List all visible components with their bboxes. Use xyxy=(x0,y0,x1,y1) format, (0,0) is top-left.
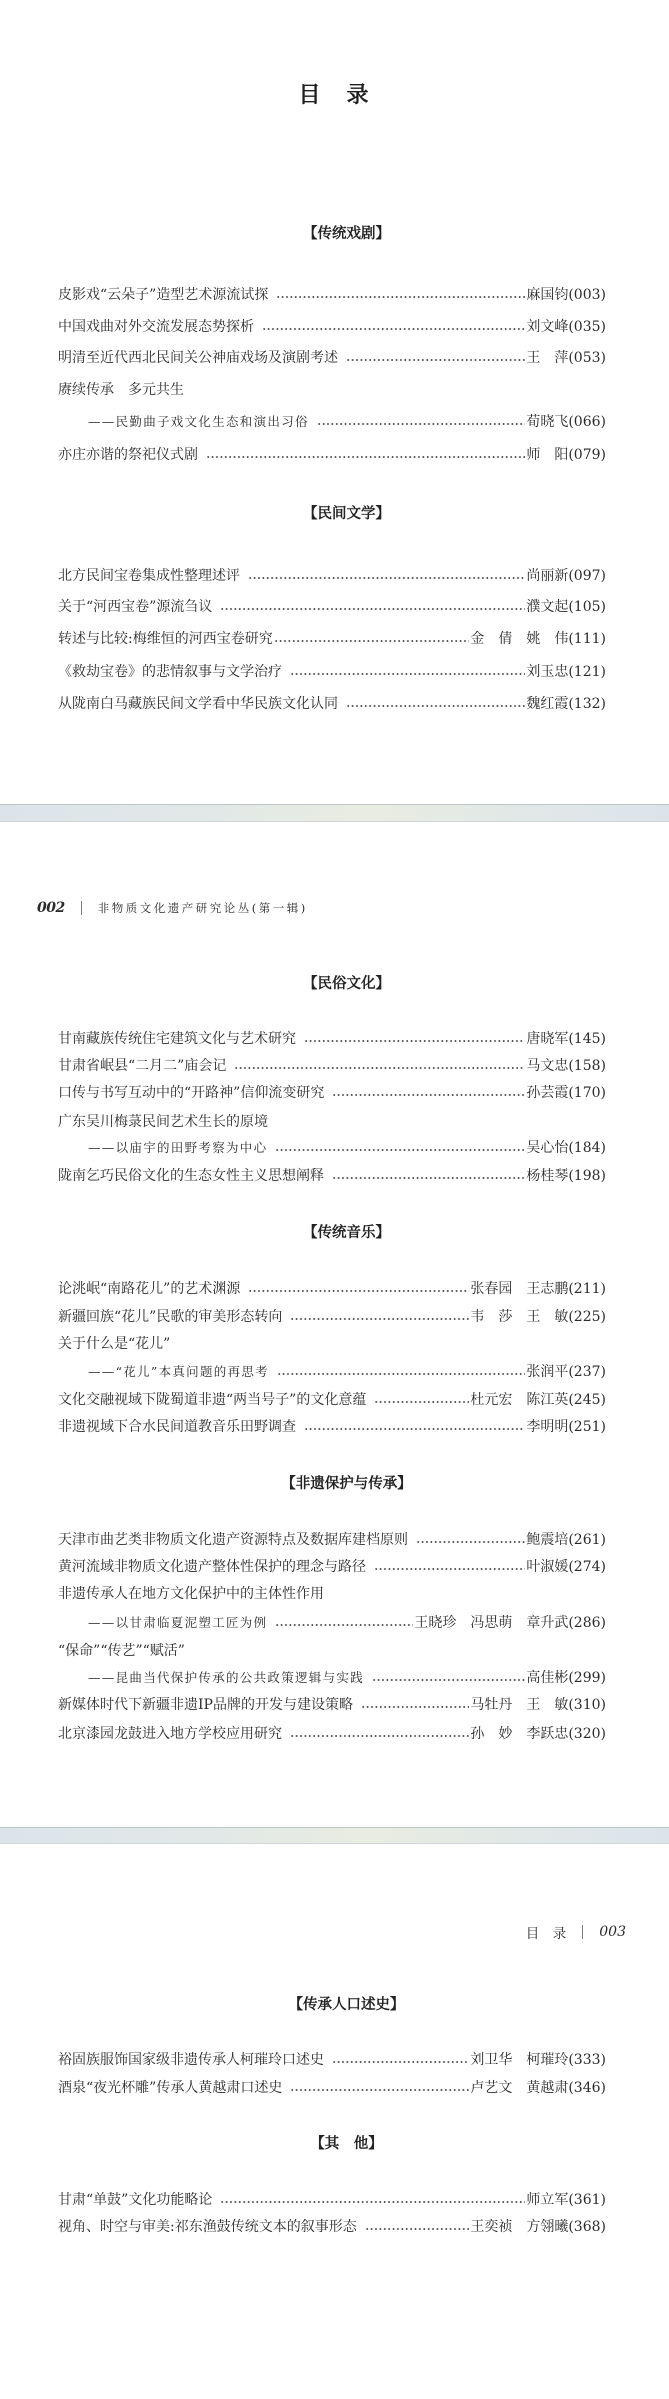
entry-title: 甘肃“单鼓”文化功能略论 xyxy=(58,2192,212,2208)
entry-title: 口传与书写互动中的“开路神”信仰流变研究 xyxy=(58,1085,324,1101)
entry-page: (299) xyxy=(568,1670,606,1686)
entry-authors: 杨桂琴 xyxy=(526,1168,568,1184)
entry-authors: 叶淑媛 xyxy=(526,1559,568,1575)
entry-page: (121) xyxy=(568,664,606,680)
entry-title: 北方民间宝卷集成性整理述评 xyxy=(58,568,240,584)
entry-authors: 魏红霞 xyxy=(526,696,568,712)
entry-title: 酒泉“夜光杯雕”传承人黄越肃口述史 xyxy=(58,2080,282,2096)
toc-entry[interactable]: 新媒体时代下新疆非遗IP品牌的开发与建设策略 马牡丹 王 敏 (310) xyxy=(58,1697,606,1713)
entry-page: (170) xyxy=(568,1085,606,1101)
entry-subtitle: ——以庙宇的田野考察为中心 xyxy=(88,1140,267,1156)
entry-title: 从陇南白马藏族民间文学看中华民族文化认同 xyxy=(58,696,338,712)
entry-page: (158) xyxy=(568,1058,606,1074)
dot-leader xyxy=(304,1031,525,1047)
toc-entry-title-line[interactable]: “保命”“传艺”“赋活” xyxy=(58,1643,606,1659)
entry-page: (053) xyxy=(568,350,606,366)
section-heading-folk-literature: 【民间文学】 xyxy=(12,505,669,523)
header-divider xyxy=(81,901,82,915)
entry-title: 甘南藏族传统住宅建筑文化与艺术研究 xyxy=(58,1031,296,1047)
entry-authors: 唐晓军 xyxy=(526,1031,568,1047)
section-heading-oral-history: 【传承人口述史】 xyxy=(12,1996,669,2014)
toc-entry[interactable]: 转述与比较:梅维恒的河西宝卷研究 金 倩 姚 伟 (111) xyxy=(58,631,606,647)
entry-title: 皮影戏“云朵子”造型艺术源流试探 xyxy=(58,287,268,303)
entry-authors: 濮文起 xyxy=(526,599,568,615)
entry-title: “保命”“传艺”“赋活” xyxy=(58,1643,185,1659)
entry-subtitle: ——昆曲当代保护传承的公共政策逻辑与实践 xyxy=(88,1670,364,1686)
entry-subtitle: ——“花儿”本真问题的再思考 xyxy=(88,1364,269,1380)
toc-entry[interactable]: 裕固族服饰国家级非遗传承人柯璀玲口述史 刘卫华 柯璀玲 (333) xyxy=(58,2052,606,2068)
entry-title: 裕固族服饰国家级非遗传承人柯璀玲口述史 xyxy=(58,2052,324,2068)
entry-authors: 马文忠 xyxy=(526,1058,568,1074)
entry-authors: 刘卫华 柯璀玲 xyxy=(470,2052,568,2068)
entry-authors: 孙芸霞 xyxy=(526,1085,568,1101)
running-title: 非物质文化遗产研究论丛(第一辑) xyxy=(98,900,308,916)
dot-leader xyxy=(274,631,470,647)
entry-page: (251) xyxy=(568,1419,606,1435)
page-toc-3: 目 录 003 【传承人口述史】 裕固族服饰国家级非遗传承人柯璀玲口述史 刘卫华… xyxy=(0,1844,669,2399)
toc-entry[interactable]: 新疆回族“花儿”民歌的审美形态转向 韦 莎 王 敏 (225) xyxy=(58,1309,606,1325)
page-number: 002 xyxy=(37,900,65,916)
entry-title: 转述与比较:梅维恒的河西宝卷研究 xyxy=(58,631,273,647)
dot-leader xyxy=(290,1726,469,1742)
toc-entry[interactable]: 北京漆园龙鼓进入地方学校应用研究 孙 妙 李跃忠 (320) xyxy=(58,1726,606,1742)
entry-title: 非遗视域下合水民间道教音乐田野调查 xyxy=(58,1419,296,1435)
entry-authors: 李明明 xyxy=(526,1419,568,1435)
toc-entry[interactable]: 酒泉“夜光杯雕”传承人黄越肃口述史 卢艺文 黄越肃 (346) xyxy=(58,2080,606,2096)
toc-entry[interactable]: 关于“河西宝卷”源流刍议 濮文起 (105) xyxy=(58,599,606,615)
dot-leader xyxy=(372,1670,525,1686)
toc-entry[interactable]: 皮影戏“云朵子”造型艺术源流试探 麻国钧 (003) xyxy=(58,287,606,303)
dot-leader xyxy=(248,1281,469,1297)
entry-authors: 王 萍 xyxy=(526,350,568,366)
page-toc-1: 目 录 【传统戏剧】 皮影戏“云朵子”造型艺术源流试探 麻国钧 (003) 中国… xyxy=(0,0,669,804)
page-separator xyxy=(0,804,669,822)
dot-leader xyxy=(304,1419,525,1435)
entry-authors: 张润平 xyxy=(526,1364,568,1380)
toc-entry-subtitle-line[interactable]: ——以庙宇的田野考察为中心 吴心怡 (184) xyxy=(58,1140,606,1156)
page-title: 目 录 xyxy=(0,82,669,108)
entry-authors: 尚丽新 xyxy=(526,568,568,584)
toc-entry[interactable]: 中国戏曲对外交流发展态势探析 刘文峰 (035) xyxy=(58,319,606,335)
entry-page: (225) xyxy=(568,1309,606,1325)
entry-page: (245) xyxy=(568,1392,606,1408)
running-header: 目 录 003 xyxy=(526,1924,626,1940)
toc-entry[interactable]: 从陇南白马藏族民间文学看中华民族文化认同 魏红霞 (132) xyxy=(58,696,606,712)
entry-title: 中国戏曲对外交流发展态势探析 xyxy=(58,319,254,335)
entry-authors: 孙 妙 李跃忠 xyxy=(470,1726,568,1742)
dot-leader xyxy=(346,696,525,712)
dot-leader xyxy=(374,1559,525,1575)
entry-title: 视角、时空与审美:祁东渔鼓传统文本的叙事形态 xyxy=(58,2219,357,2235)
header-divider xyxy=(582,1925,583,1939)
dot-leader xyxy=(290,2080,469,2096)
entry-page: (286) xyxy=(568,1615,606,1631)
entry-authors: 吴心怡 xyxy=(526,1140,568,1156)
document-viewer: 目 录 【传统戏剧】 皮影戏“云朵子”造型艺术源流试探 麻国钧 (003) 中国… xyxy=(0,0,669,2399)
entry-authors: 高佳彬 xyxy=(526,1670,568,1686)
page-number: 003 xyxy=(599,1924,626,1940)
toc-entry[interactable]: 口传与书写互动中的“开路神”信仰流变研究 孙芸霞 (170) xyxy=(58,1085,606,1101)
entry-page: (361) xyxy=(568,2192,606,2208)
entry-page: (198) xyxy=(568,1168,606,1184)
entry-page: (237) xyxy=(568,1364,606,1380)
toc-entry-subtitle-line[interactable]: ——昆曲当代保护传承的公共政策逻辑与实践 高佳彬 (299) xyxy=(58,1670,606,1686)
dot-leader xyxy=(332,1168,525,1184)
toc-entry-subtitle-line[interactable]: ——以甘肃临夏泥塑工匠为例 王晓珍 冯思萌 章升武 (286) xyxy=(58,1615,606,1631)
entry-page: (111) xyxy=(568,631,606,647)
entry-authors: 刘玉忠 xyxy=(526,664,568,680)
entry-page: (003) xyxy=(568,287,606,303)
toc-entry[interactable]: 非遗视域下合水民间道教音乐田野调查 李明明 (251) xyxy=(58,1419,606,1435)
dot-leader xyxy=(220,2192,525,2208)
toc-entry[interactable]: 明清至近代西北民间关公神庙戏场及演剧考述 王 萍 (053) xyxy=(58,350,606,366)
entry-page: (105) xyxy=(568,599,606,615)
entry-subtitle: ——民勤曲子戏文化生态和演出习俗 xyxy=(88,414,309,430)
entry-title: 关于“河西宝卷”源流刍议 xyxy=(58,599,212,615)
entry-page: (035) xyxy=(568,319,606,335)
dot-leader xyxy=(277,1364,525,1380)
entry-title: 亦庄亦谐的祭祀仪式剧 xyxy=(58,447,198,463)
dot-leader xyxy=(220,599,525,615)
entry-authors: 韦 莎 王 敏 xyxy=(470,1309,568,1325)
entry-page: (274) xyxy=(568,1559,606,1575)
toc-entry-subtitle-line[interactable]: ——“花儿”本真问题的再思考 张润平 (237) xyxy=(58,1364,606,1380)
running-header: 002 非物质文化遗产研究论丛(第一辑) xyxy=(37,900,308,916)
entry-title: 赓续传承 多元共生 xyxy=(58,382,184,398)
entry-page: (132) xyxy=(568,696,606,712)
entry-page: (346) xyxy=(568,2080,606,2096)
dot-leader xyxy=(262,319,525,335)
entry-authors: 张春园 王志鹏 xyxy=(470,1281,568,1297)
entry-title: 非遗传承人在地方文化保护中的主体性作用 xyxy=(58,1586,324,1602)
entry-authors: 鲍震培 xyxy=(526,1532,568,1548)
dot-leader xyxy=(234,1058,525,1074)
entry-page: (079) xyxy=(568,447,606,463)
section-heading-heritage-protection: 【非遗保护与传承】 xyxy=(12,1475,669,1493)
entry-page: (145) xyxy=(568,1031,606,1047)
dot-leader xyxy=(290,1309,469,1325)
entry-authors: 马牡丹 王 敏 xyxy=(470,1697,568,1713)
toc-entry[interactable]: 甘肃省岷县“二月二”庙会记 马文忠 (158) xyxy=(58,1058,606,1074)
section-heading-traditional-opera: 【传统戏剧】 xyxy=(12,225,669,243)
entry-page: (368) xyxy=(568,2219,606,2235)
toc-entry[interactable]: 亦庄亦谐的祭祀仪式剧 师 阳 (079) xyxy=(58,447,606,463)
entry-title: 陇南乞巧民俗文化的生态女性主义思想阐释 xyxy=(58,1168,324,1184)
toc-entry-title-line[interactable]: 赓续传承 多元共生 xyxy=(58,382,606,398)
toc-entry[interactable]: 黄河流域非物质文化遗产整体性保护的理念与路径 叶淑媛 (274) xyxy=(58,1559,606,1575)
entry-title: 关于什么是“花儿” xyxy=(58,1336,170,1352)
toc-entry[interactable]: 《救劫宝卷》的悲情叙事与文学治疗 刘玉忠 (121) xyxy=(58,664,606,680)
entry-title: 文化交融视域下陇蜀道非遗“两当号子”的文化意蕴 xyxy=(58,1392,366,1408)
dot-leader xyxy=(290,664,525,680)
toc-entry-title-line[interactable]: 非遗传承人在地方文化保护中的主体性作用 xyxy=(58,1586,606,1602)
page-toc-2: 002 非物质文化遗产研究论丛(第一辑) 【民俗文化】 甘南藏族传统住宅建筑文化… xyxy=(0,822,669,1827)
dot-leader xyxy=(248,568,525,584)
entry-title: 广东吴川梅菉民间艺术生长的原境 xyxy=(58,1114,268,1130)
toc-entry[interactable]: 甘肃“单鼓”文化功能略论 师立军 (361) xyxy=(58,2192,606,2208)
toc-entry[interactable]: 甘南藏族传统住宅建筑文化与艺术研究 唐晓军 (145) xyxy=(58,1031,606,1047)
entry-page: (310) xyxy=(568,1697,606,1713)
entry-subtitle: ——以甘肃临夏泥塑工匠为例 xyxy=(88,1615,267,1631)
toc-entry-subtitle-line[interactable]: ——民勤曲子戏文化生态和演出习俗 荀晓飞 (066) xyxy=(58,414,606,430)
dot-leader xyxy=(332,1085,525,1101)
dot-leader xyxy=(365,2219,470,2235)
dot-leader xyxy=(346,350,525,366)
page-separator xyxy=(0,1827,669,1844)
entry-authors: 金 倩 姚 伟 xyxy=(470,631,568,647)
entry-authors: 刘文峰 xyxy=(526,319,568,335)
toc-entry[interactable]: 天津市曲艺类非物质文化遗产资源特点及数据库建档原则 鲍震培 (261) xyxy=(58,1532,606,1548)
entry-page: (261) xyxy=(568,1532,606,1548)
entry-title: 甘肃省岷县“二月二”庙会记 xyxy=(58,1058,226,1074)
dot-leader xyxy=(275,1140,525,1156)
toc-entry[interactable]: 文化交融视域下陇蜀道非遗“两当号子”的文化意蕴 杜元宏 陈江英 (245) xyxy=(58,1392,606,1408)
dot-leader xyxy=(317,414,526,430)
entry-title: 北京漆园龙鼓进入地方学校应用研究 xyxy=(58,1726,282,1742)
entry-title: 新媒体时代下新疆非遗IP品牌的开发与建设策略 xyxy=(58,1697,353,1713)
entry-authors: 荀晓飞 xyxy=(526,414,568,430)
dot-leader xyxy=(361,1697,469,1713)
dot-leader xyxy=(332,2052,469,2068)
dot-leader xyxy=(416,1532,525,1548)
entry-title: 论洮岷“南路花儿”的艺术渊源 xyxy=(58,1281,240,1297)
running-title: 目 录 xyxy=(526,1922,567,1942)
entry-authors: 麻国钧 xyxy=(526,287,568,303)
dot-leader xyxy=(206,447,525,463)
entry-page: (097) xyxy=(568,568,606,584)
entry-page: (320) xyxy=(568,1726,606,1742)
entry-title: 明清至近代西北民间关公神庙戏场及演剧考述 xyxy=(58,350,338,366)
dot-leader xyxy=(276,287,525,303)
section-heading-folk-culture: 【民俗文化】 xyxy=(12,975,669,993)
entry-page: (333) xyxy=(568,2052,606,2068)
entry-title: 新疆回族“花儿”民歌的审美形态转向 xyxy=(58,1309,282,1325)
entry-title: 《救劫宝卷》的悲情叙事与文学治疗 xyxy=(58,664,282,680)
section-heading-traditional-music: 【传统音乐】 xyxy=(12,1224,669,1242)
toc-entry[interactable]: 北方民间宝卷集成性整理述评 尚丽新 (097) xyxy=(58,568,606,584)
dot-leader xyxy=(374,1392,469,1408)
entry-page: (184) xyxy=(568,1140,606,1156)
toc-entry[interactable]: 陇南乞巧民俗文化的生态女性主义思想阐释 杨桂琴 (198) xyxy=(58,1168,606,1184)
toc-entry[interactable]: 论洮岷“南路花儿”的艺术渊源 张春园 王志鹏 (211) xyxy=(58,1281,606,1297)
entry-title: 黄河流域非物质文化遗产整体性保护的理念与路径 xyxy=(58,1559,366,1575)
section-heading-other: 【其 他】 xyxy=(12,2135,669,2153)
toc-entry-title-line[interactable]: 广东吴川梅菉民间艺术生长的原境 xyxy=(58,1114,606,1130)
entry-page: (211) xyxy=(568,1281,606,1297)
entry-authors: 师立军 xyxy=(526,2192,568,2208)
entry-title: 天津市曲艺类非物质文化遗产资源特点及数据库建档原则 xyxy=(58,1532,408,1548)
entry-authors: 卢艺文 黄越肃 xyxy=(470,2080,568,2096)
entry-authors: 杜元宏 陈江英 xyxy=(470,1392,568,1408)
toc-entry-title-line[interactable]: 关于什么是“花儿” xyxy=(58,1336,606,1352)
entry-authors: 王奕祯 方翎曦 xyxy=(470,2219,568,2235)
toc-entry[interactable]: 视角、时空与审美:祁东渔鼓传统文本的叙事形态 王奕祯 方翎曦 (368) xyxy=(58,2219,606,2235)
entry-authors: 王晓珍 冯思萌 章升武 xyxy=(414,1615,568,1631)
entry-authors: 师 阳 xyxy=(526,447,568,463)
dot-leader xyxy=(275,1615,413,1631)
entry-page: (066) xyxy=(568,414,606,430)
